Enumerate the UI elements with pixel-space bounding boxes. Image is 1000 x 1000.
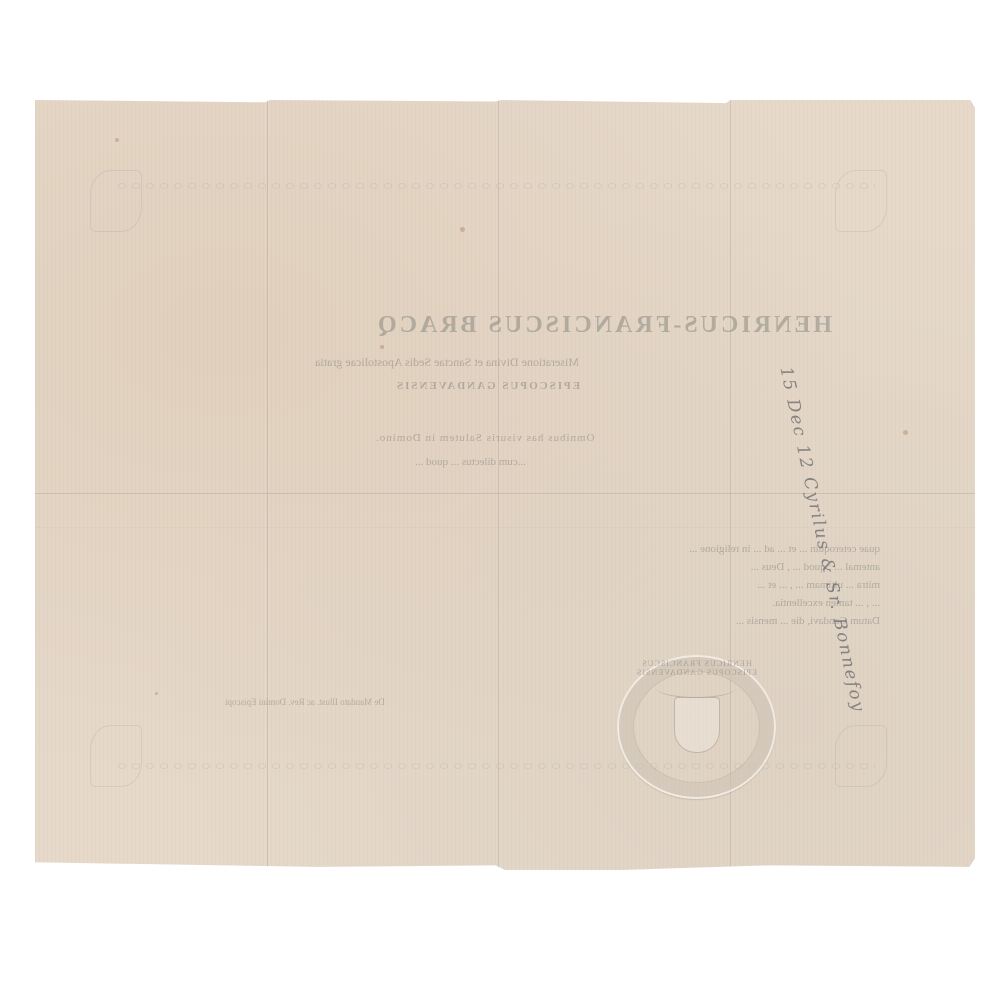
seal-legend: HENRICUS FRANCISCUS EPISCOPUS GANDAVENSI… bbox=[619, 659, 774, 677]
document-intro-line: ...cum dilectus ... quod ... bbox=[415, 456, 526, 468]
foxing-spot bbox=[460, 227, 465, 232]
document-sheet: HENRICUS-FRANCISCUS BRACQ Miseratione Di… bbox=[35, 100, 975, 870]
vertical-fold-1 bbox=[267, 100, 269, 870]
top-ornamental-border bbox=[115, 180, 875, 192]
galero-hat-icon bbox=[657, 679, 735, 698]
document-title: HENRICUS-FRANCISCUS BRACQ bbox=[375, 312, 832, 339]
horizontal-crease bbox=[35, 527, 975, 528]
document-rank: EPISCOPUS GANDAVENSIS bbox=[395, 380, 580, 392]
corner-flourish-top-left bbox=[90, 170, 142, 232]
document-body: quae ceteroquin ... et ... ad ... in rel… bbox=[190, 540, 880, 630]
corner-flourish-bottom-right bbox=[835, 725, 887, 787]
mandate-line: De Mandato Illust. ac Rev. Domini Episco… bbox=[225, 697, 385, 707]
body-line: antemal ... ; quod ... , Deus ... bbox=[190, 558, 880, 576]
document-subtitle: Miseratione Divina et Sanctae Sedis Apos… bbox=[315, 355, 579, 370]
body-line: Datum Gandavi, die ... mensis ... bbox=[190, 612, 880, 630]
foxing-spot bbox=[380, 345, 384, 349]
body-line: quae ceteroquin ... et ... ad ... in rel… bbox=[190, 540, 880, 558]
document-greeting: Omnibus has visuris Salutem in Domino. bbox=[375, 432, 595, 444]
foxing-spot bbox=[115, 138, 119, 142]
embossed-seal: HENRICUS FRANCISCUS EPISCOPUS GANDAVENSI… bbox=[617, 655, 776, 799]
foxing-spot bbox=[155, 692, 158, 695]
body-line: ... , ... tamen excellentia. bbox=[190, 594, 880, 612]
horizontal-fold bbox=[35, 493, 975, 495]
coat-of-arms-icon bbox=[674, 697, 720, 753]
vertical-fold-2 bbox=[498, 100, 500, 870]
corner-flourish-top-right bbox=[835, 170, 887, 232]
body-line: mitra ... ultimam ... , ... et ... bbox=[190, 576, 880, 594]
foxing-spot bbox=[903, 430, 908, 435]
corner-flourish-bottom-left bbox=[90, 725, 142, 787]
